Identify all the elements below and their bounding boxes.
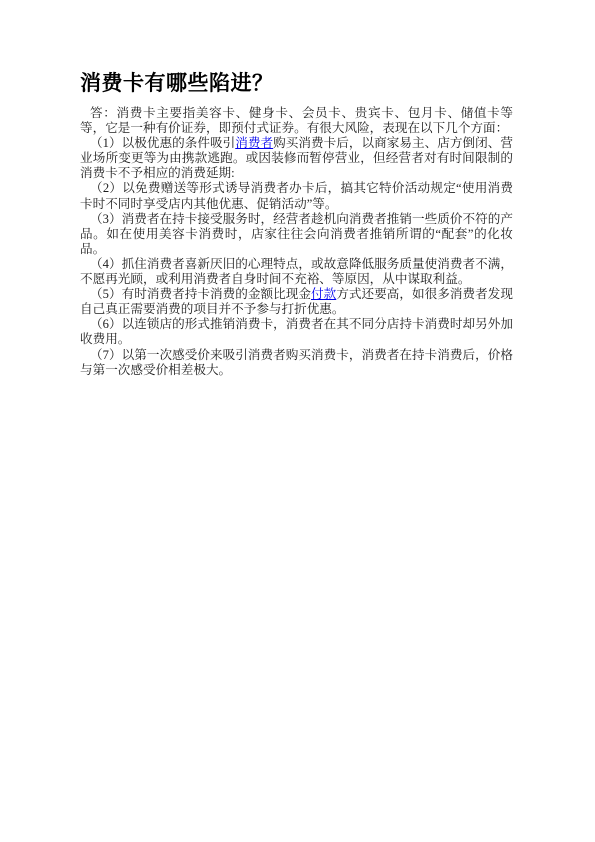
paragraph: 答：消费卡主要指美容卡、健身卡、会员卡、贵宾卡、包月卡、储值卡等等，它是一种有价…: [80, 106, 513, 136]
text-run: （3）消费者在持卡接受服务时，经营者趁机向消费者推销一些质价不符的产品。如在使用…: [80, 212, 513, 256]
paragraph: （2）以免费赠送等形式诱导消费者办卡后，搞其它特价活动规定“使用消费卡时不同时享…: [80, 181, 513, 211]
text-run: （5）有时消费者持卡消费的金额比现金: [90, 287, 311, 301]
paragraph: （4）抓住消费者喜新厌旧的心理特点，或故意降低服务质量使消费者不满，不愿再光顾，…: [80, 257, 513, 287]
hyperlink-consumer[interactable]: 消费者: [235, 136, 273, 150]
text-run: （4）抓住消费者喜新厌旧的心理特点，或故意降低服务质量使消费者不满，不愿再光顾，…: [80, 257, 513, 286]
paragraph: （6）以连锁店的形式推销消费卡，消费者在其不同分店持卡消费时却另外加收费用。: [80, 317, 513, 347]
text-run: （7）以第一次感受价来吸引消费者购买消费卡，消费者在持卡消费后，价格与第一次感受…: [80, 348, 513, 377]
text-run: （1）以极优惠的条件吸引: [90, 136, 235, 150]
paragraph: （7）以第一次感受价来吸引消费者购买消费卡，消费者在持卡消费后，价格与第一次感受…: [80, 348, 513, 378]
document-page: 消费卡有哪些陷进？ 答：消费卡主要指美容卡、健身卡、会员卡、贵宾卡、包月卡、储值…: [0, 0, 595, 842]
hyperlink-payment[interactable]: 付款: [311, 287, 336, 301]
paragraph: （3）消费者在持卡接受服务时，经营者趁机向消费者推销一些质价不符的产品。如在使用…: [80, 212, 513, 257]
text-run: 答：消费卡主要指美容卡、健身卡、会员卡、贵宾卡、包月卡、储值卡等等，它是一种有价…: [80, 106, 513, 135]
paragraph: （5）有时消费者持卡消费的金额比现金付款方式还要高，如很多消费者发现自己真正需要…: [80, 287, 513, 317]
document-body: 答：消费卡主要指美容卡、健身卡、会员卡、贵宾卡、包月卡、储值卡等等，它是一种有价…: [80, 106, 513, 378]
text-run: （2）以免费赠送等形式诱导消费者办卡后，搞其它特价活动规定“使用消费卡时不同时享…: [80, 181, 513, 210]
text-run: （6）以连锁店的形式推销消费卡，消费者在其不同分店持卡消费时却另外加收费用。: [80, 317, 513, 346]
page-title: 消费卡有哪些陷进？: [80, 70, 513, 97]
paragraph: （1）以极优惠的条件吸引消费者购买消费卡后，以商家易主、店方倒闭、营业场所变更等…: [80, 136, 513, 181]
